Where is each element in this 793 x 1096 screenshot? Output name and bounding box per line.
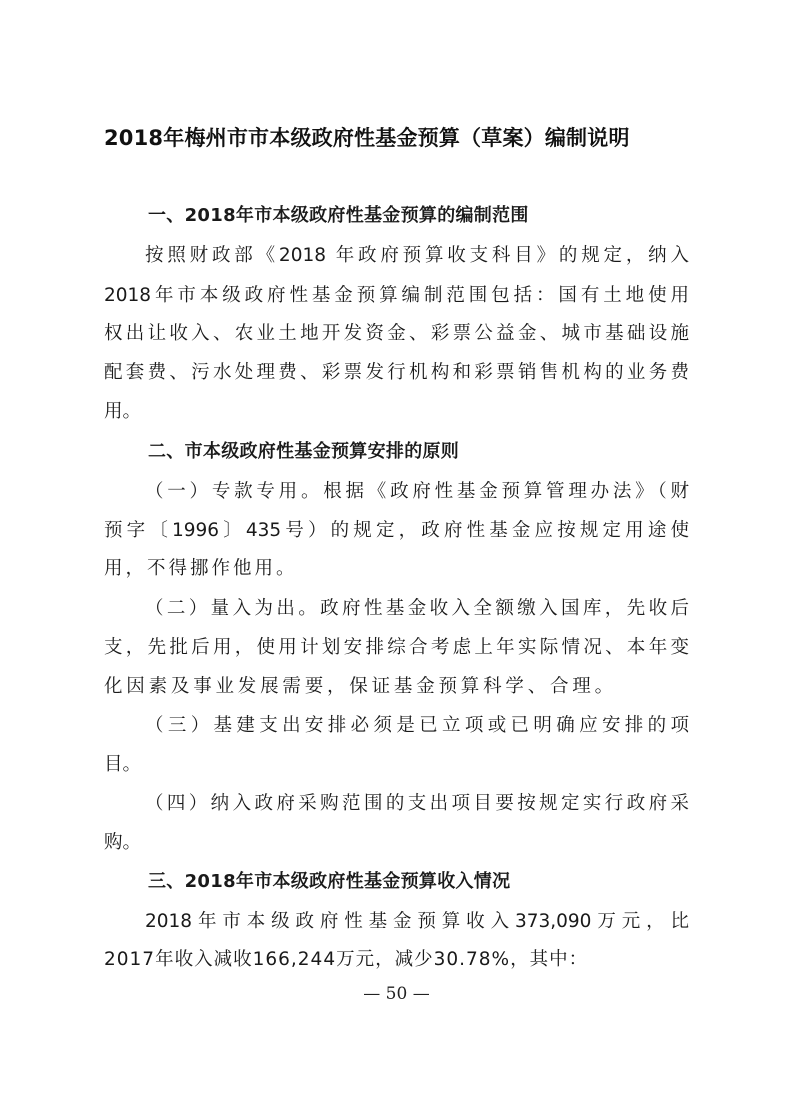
- paragraph-line: 化因素及事业发展需要，保证基金预算科学、合理。: [104, 675, 689, 699]
- paragraph-line: 配套费、污水处理费、彩票发行机构和彩票销售机构的业务费: [104, 361, 689, 385]
- paragraph-line: 目。: [104, 753, 689, 777]
- page-number: — 50 —: [0, 984, 793, 1004]
- paragraph-line: 2018年市本级政府性基金预算编制范围包括：国有土地使用: [104, 284, 689, 308]
- document-title: 2018年梅州市市本级政府性基金预算（草案）编制说明: [104, 122, 704, 152]
- paragraph-line: 权出让收入、农业土地开发资金、彩票公益金、城市基础设施: [104, 322, 689, 346]
- section-heading-2: 二、市本级政府性基金预算安排的原则: [148, 440, 733, 464]
- paragraph-line: 用。: [104, 400, 689, 424]
- section-heading-1: 一、2018年市本级政府性基金预算的编制范围: [148, 204, 733, 228]
- paragraph-line: 2018年市本级政府性基金预算收入373,090万元，比: [145, 910, 689, 934]
- paragraph-line: （三）基建支出安排必须是已立项或已明确应安排的项: [145, 714, 689, 738]
- paragraph-line: 购。: [104, 831, 689, 855]
- paragraph-line: 用，不得挪作他用。: [104, 557, 689, 581]
- paragraph-line: （二）量入为出。政府性基金收入全额缴入国库，先收后: [145, 597, 689, 621]
- paragraph-line: （一）专款专用。根据《政府性基金预算管理办法》（财: [145, 480, 689, 504]
- paragraph-line: 2017年收入减收166,244万元，减少30.78%，其中：: [104, 948, 689, 972]
- section-heading-3: 三、2018年市本级政府性基金预算收入情况: [148, 870, 733, 894]
- document-page: 2018年梅州市市本级政府性基金预算（草案）编制说明 一、2018年市本级政府性…: [0, 0, 793, 1096]
- paragraph-line: 支，先批后用，使用计划安排综合考虑上年实际情况、本年变: [104, 636, 689, 660]
- paragraph-line: （四）纳入政府采购范围的支出项目要按规定实行政府采: [145, 792, 689, 816]
- paragraph-line: 按照财政部《2018 年政府预算收支科目》的规定，纳入: [145, 244, 689, 268]
- paragraph-line: 预字〔1996〕435号）的规定，政府性基金应按规定用途使: [104, 519, 689, 543]
